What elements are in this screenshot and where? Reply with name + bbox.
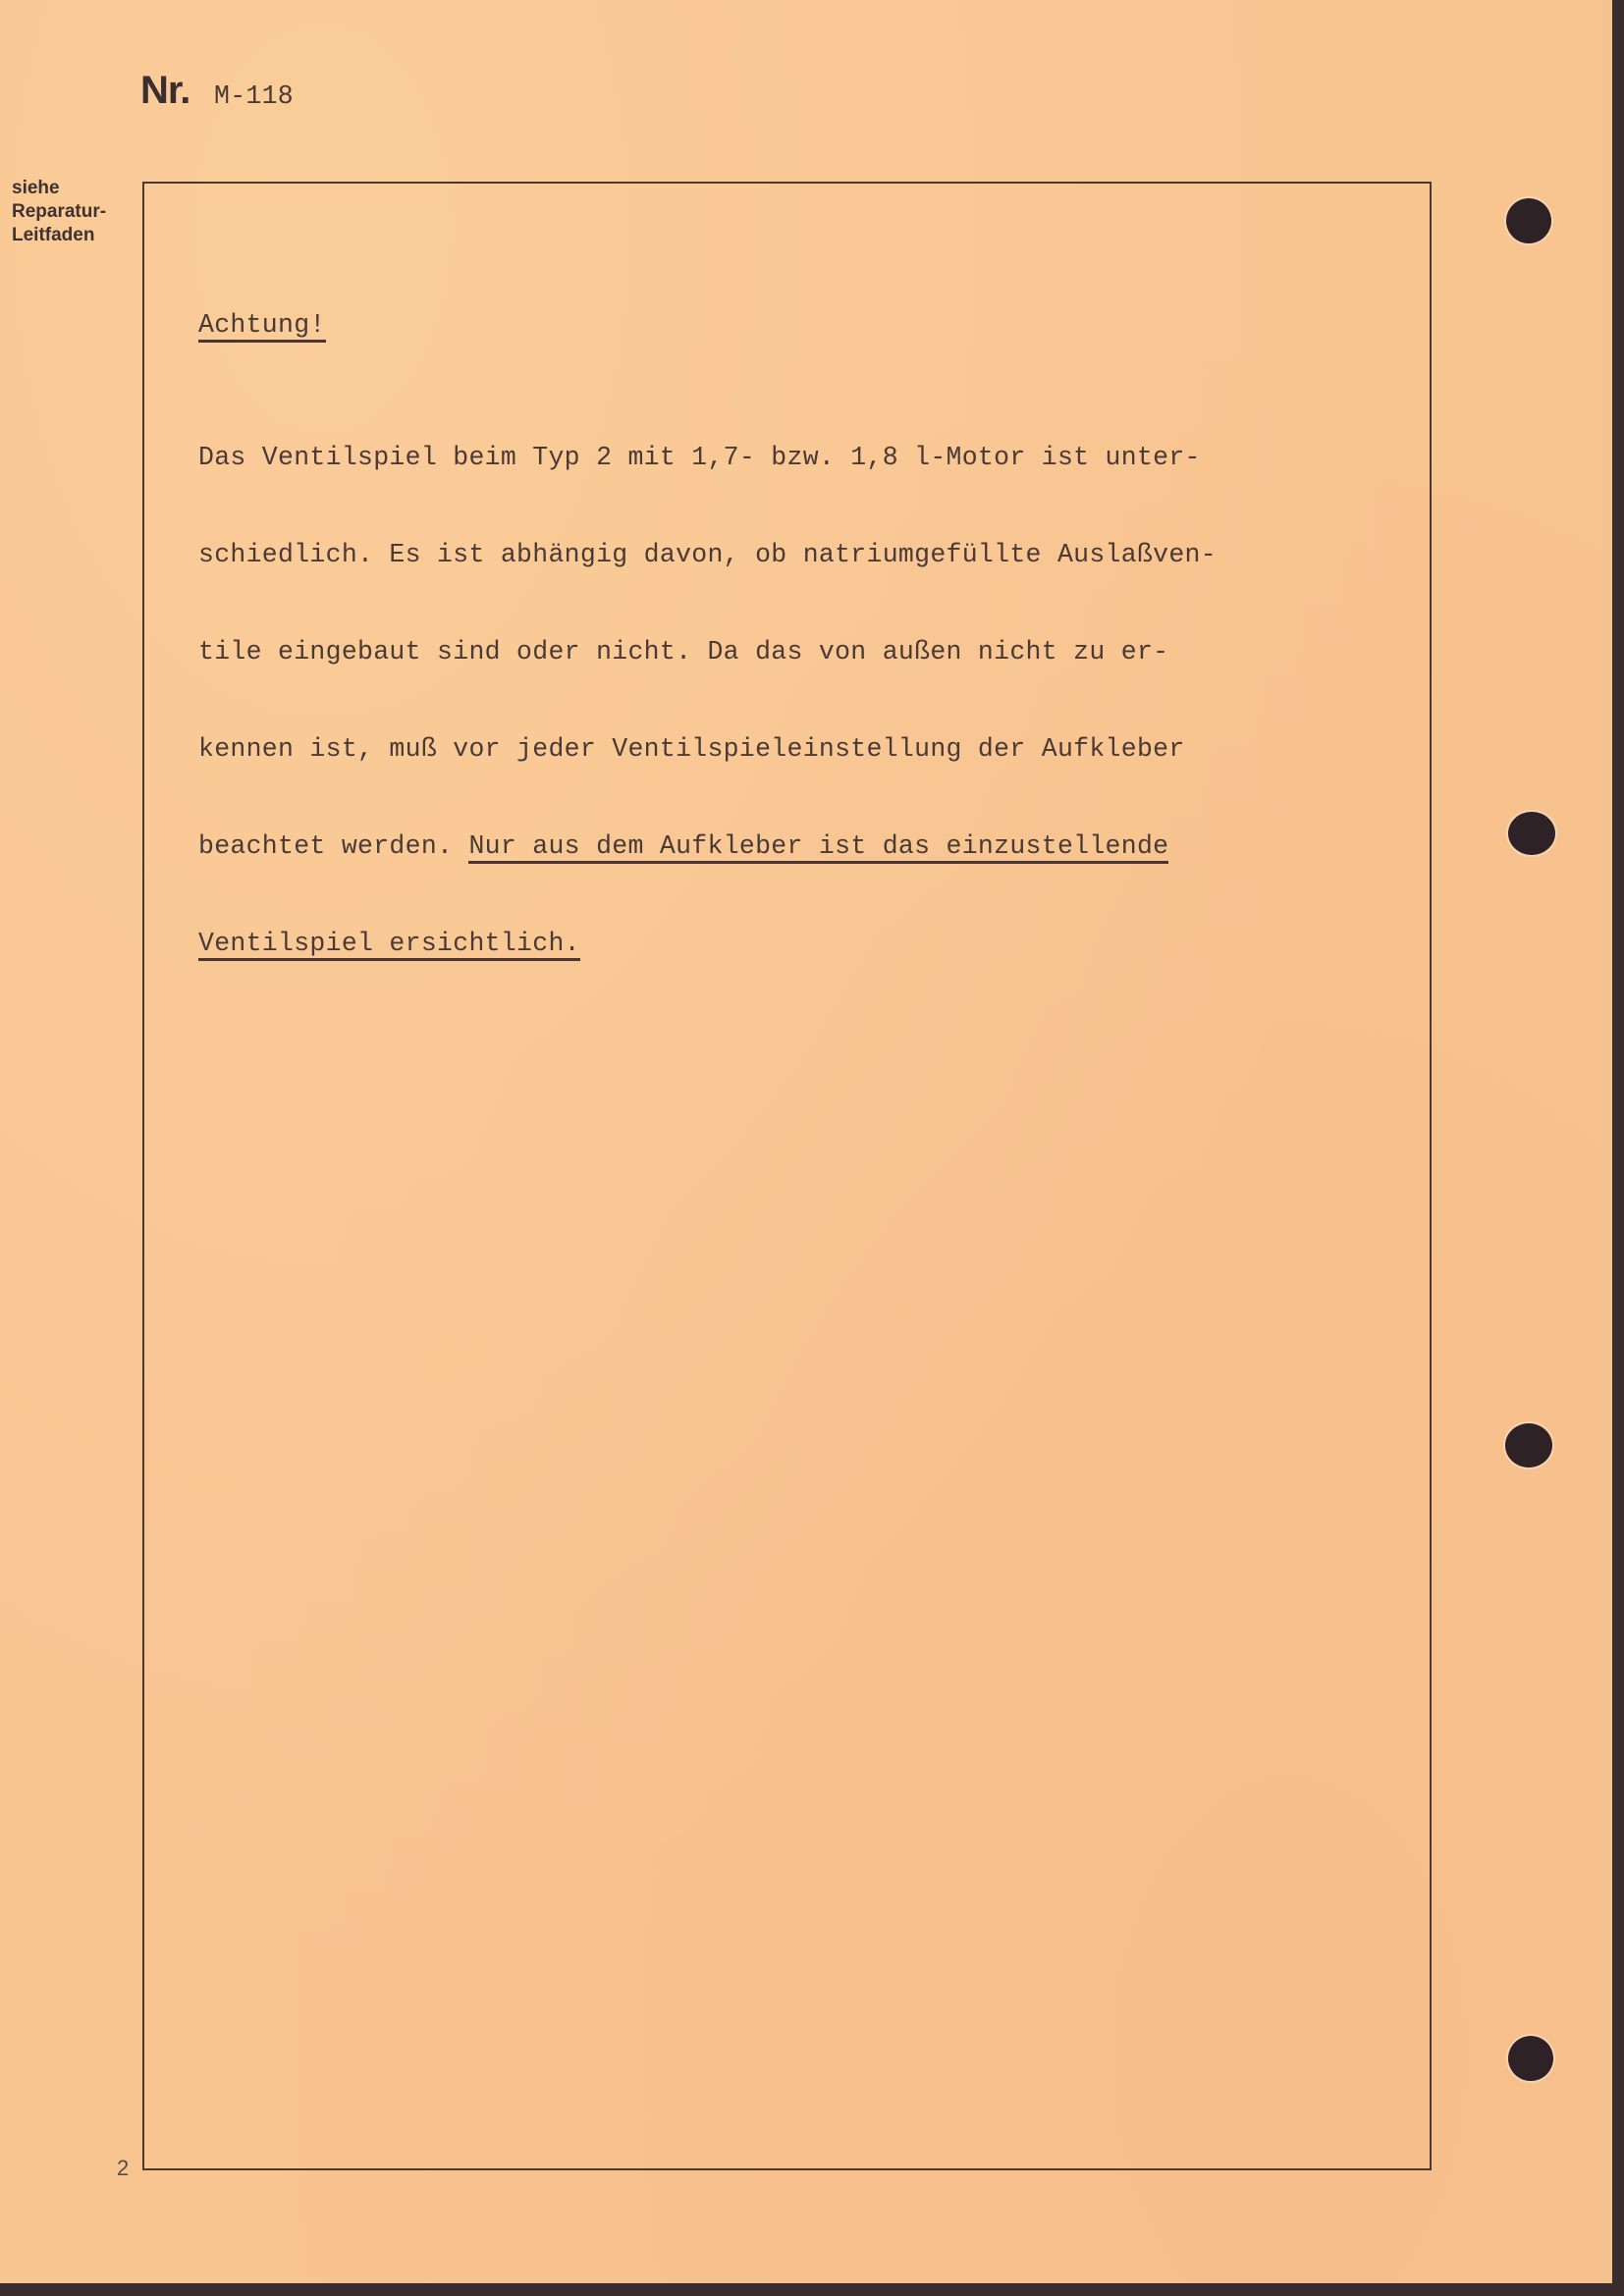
body-text: Das Ventilspiel beim Typ 2 mit 1,7- bzw.… <box>198 443 1201 472</box>
side-note-line: Reparatur- <box>12 200 106 224</box>
warning-heading: Achtung! <box>198 310 326 340</box>
body-line: beachtet werden. Nur aus dem Aufkleber i… <box>198 830 1217 863</box>
underlined-emphasis: Nur aus dem Aufkleber ist das einzustell… <box>468 831 1168 864</box>
body-text: kennen ist, muß vor jeder Ventilspielein… <box>198 734 1185 764</box>
body-text: beachtet werden. <box>198 831 468 861</box>
punch-hole-icon <box>1508 812 1555 855</box>
body-line: kennen ist, muß vor jeder Ventilspielein… <box>198 733 1217 766</box>
punch-hole-icon <box>1508 2036 1553 2081</box>
document-number: M-118 <box>214 81 294 111</box>
punch-hole-icon <box>1505 1423 1552 1468</box>
number-label: Nr. <box>140 69 189 113</box>
side-note: siehe Reparatur- Leitfaden <box>12 177 106 247</box>
body-text: tile eingebaut sind oder nicht. Da das v… <box>198 637 1168 667</box>
body-line: Das Ventilspiel beim Typ 2 mit 1,7- bzw.… <box>198 442 1217 474</box>
punch-hole-icon <box>1506 198 1551 243</box>
side-note-line: Leitfaden <box>12 224 106 247</box>
page-number: 2 <box>117 2156 129 2181</box>
paper-edge <box>1602 0 1612 2283</box>
underlined-emphasis: Ventilspiel ersichtlich. <box>198 929 580 961</box>
body-line: tile eingebaut sind oder nicht. Da das v… <box>198 636 1217 668</box>
warning-body: Das Ventilspiel beim Typ 2 mit 1,7- bzw.… <box>198 377 1217 1025</box>
body-line: schiedlich. Es ist abhängig davon, ob na… <box>198 539 1217 571</box>
body-line: Ventilspiel ersichtlich. <box>198 928 1217 960</box>
warning-heading-text: Achtung! <box>198 310 326 343</box>
body-text: schiedlich. Es ist abhängig davon, ob na… <box>198 540 1217 569</box>
side-note-line: siehe <box>12 177 106 200</box>
form-page: Nr. M-118 siehe Reparatur- Leitfaden Ach… <box>0 0 1612 2283</box>
